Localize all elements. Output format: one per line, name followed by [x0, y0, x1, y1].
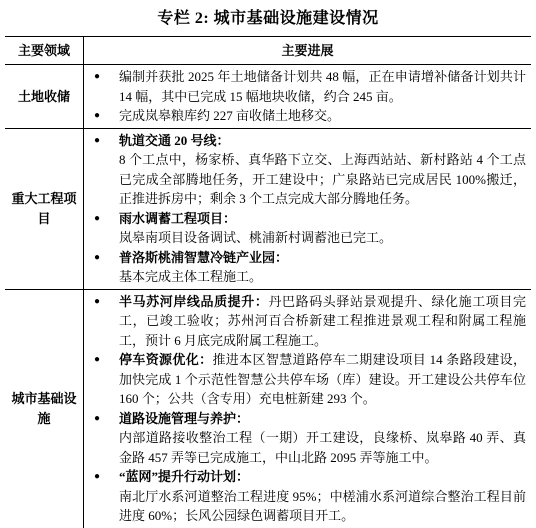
- bullet-icon: ●: [94, 248, 100, 268]
- row-content-major-projects: ●轨道交通 20 号线：8 个工点中，杨家桥、真华路下立交、上海西站站、新村路站…: [84, 129, 531, 289]
- bullet-text: 内部道路接收整治工程（一期）开工建设，良缘桥、岚皋路 40 弄、真金路 457 …: [119, 430, 526, 465]
- row-label-land-reserve: 土地收储: [5, 65, 84, 128]
- table-row-urban-infrastructure: 城市基础设施 ●半马苏河岸线品质提升：丹巴路码头驿站景观提升、绿化施工项目完工，…: [5, 290, 531, 528]
- bullet-title: 停车资源优化：: [119, 352, 212, 367]
- table-row-land-reserve: 土地收储 ●编制并获批 2025 年土地储备计划共 48 幅，正在申请增补储备计…: [5, 65, 531, 129]
- bullet-icon: ●: [94, 131, 100, 151]
- row-content-land-reserve: ●编制并获批 2025 年土地储备计划共 48 幅，正在申请增补储备计划共计 1…: [84, 65, 531, 128]
- row-label-major-projects: 重大工程项目: [5, 129, 84, 289]
- bullet-title: 半马苏河岸线品质提升：: [119, 294, 268, 309]
- bullet-text: 8 个工点中，杨家桥、真华路下立交、上海西站站、新村路站 4 个工点已完成全部腾…: [119, 152, 526, 206]
- list-item: ●“蓝网”提升行动计划：南北厅水系河道整治工程进度 95%；中槎浦水系河道综合整…: [92, 467, 526, 526]
- list-item: ●普洛斯桃浦智慧冷链产业园：基本完成主体工程施工。: [92, 248, 526, 287]
- list-item: ●雨水调蓄工程项目：岚皋南项目设备调试、桃浦新村调蓄池已完工。: [92, 209, 526, 248]
- list-item: ●编制并获批 2025 年土地储备计划共 48 幅，正在申请增补储备计划共计 1…: [92, 67, 526, 106]
- table-row-major-projects: 重大工程项目 ●轨道交通 20 号线：8 个工点中，杨家桥、真华路下立交、上海西…: [5, 129, 531, 290]
- list-item: ●停车资源优化：推进本区智慧道路停车二期建设项目 14 条路段建设，加快完成 1…: [92, 350, 526, 409]
- table-header-row: 主要领域 主要进展: [5, 37, 531, 65]
- header-main-areas: 主要领域: [5, 37, 84, 64]
- bullet-title: 雨水调蓄工程项目：: [119, 209, 526, 229]
- infrastructure-table: 主要领域 主要进展 土地收储 ●编制并获批 2025 年土地储备计划共 48 幅…: [5, 36, 531, 528]
- list-item: ●完成岚皋粮库约 227 亩收储土地移交。: [92, 106, 526, 126]
- bullet-text: 完成岚皋粮库约 227 亩收储土地移交。: [119, 108, 340, 123]
- bullet-text: 岚皋南项目设备调试、桃浦新村调蓄池已完工。: [119, 230, 392, 245]
- list-item: ●道路设施管理与养护：内部道路接收整治工程（一期）开工建设，良缘桥、岚皋路 40…: [92, 409, 526, 468]
- bullet-title: 道路设施管理与养护：: [119, 409, 526, 429]
- bullet-icon: ●: [94, 350, 100, 370]
- bullet-text: 编制并获批 2025 年土地储备计划共 48 幅，正在申请增补储备计划共计 14…: [119, 69, 526, 104]
- bullet-text: 南北厅水系河道整治工程进度 95%；中槎浦水系河道综合整治工程目前进度 60%；…: [119, 489, 526, 524]
- header-main-progress: 主要进展: [84, 37, 531, 64]
- bullet-title: 普洛斯桃浦智慧冷链产业园：: [119, 248, 526, 268]
- bullet-title: “蓝网”提升行动计划：: [119, 467, 526, 487]
- page-title: 专栏 2: 城市基础设施建设情况: [0, 0, 536, 29]
- bullet-icon: ●: [94, 67, 100, 87]
- row-label-urban-infrastructure: 城市基础设施: [5, 290, 84, 528]
- row-content-urban-infrastructure: ●半马苏河岸线品质提升：丹巴路码头驿站景观提升、绿化施工项目完工，已竣工验收；苏…: [84, 290, 531, 528]
- bullet-icon: ●: [94, 106, 100, 126]
- bullet-icon: ●: [94, 292, 100, 312]
- list-item: ●轨道交通 20 号线：8 个工点中，杨家桥、真华路下立交、上海西站站、新村路站…: [92, 131, 526, 209]
- bullet-icon: ●: [94, 209, 100, 229]
- bullet-title: 轨道交通 20 号线：: [119, 131, 526, 151]
- bullet-icon: ●: [94, 409, 100, 429]
- list-item: ●半马苏河岸线品质提升：丹巴路码头驿站景观提升、绿化施工项目完工，已竣工验收；苏…: [92, 292, 526, 351]
- bullet-text: 基本完成主体工程施工。: [119, 269, 262, 284]
- bullet-icon: ●: [94, 467, 100, 487]
